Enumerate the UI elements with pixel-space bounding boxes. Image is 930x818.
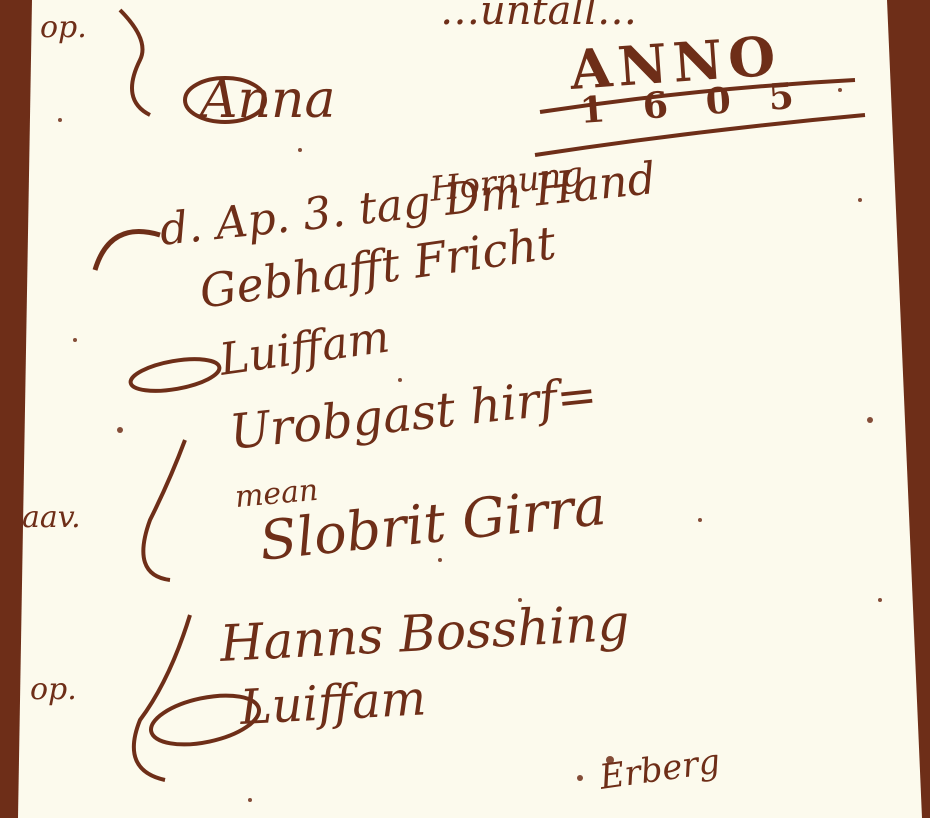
entry-name-anna: Anna bbox=[200, 70, 336, 130]
document-page: …üntall… op. Anna ANNO 1605 Hornung d. A… bbox=[0, 0, 930, 818]
top-fragment-text: …üntall… bbox=[440, 0, 637, 34]
entry3-line2: Luiffam bbox=[239, 670, 428, 736]
margin-note-3: op. bbox=[30, 672, 77, 707]
margin-note-1: op. bbox=[40, 10, 87, 45]
margin-note-2: aav. bbox=[22, 500, 81, 535]
